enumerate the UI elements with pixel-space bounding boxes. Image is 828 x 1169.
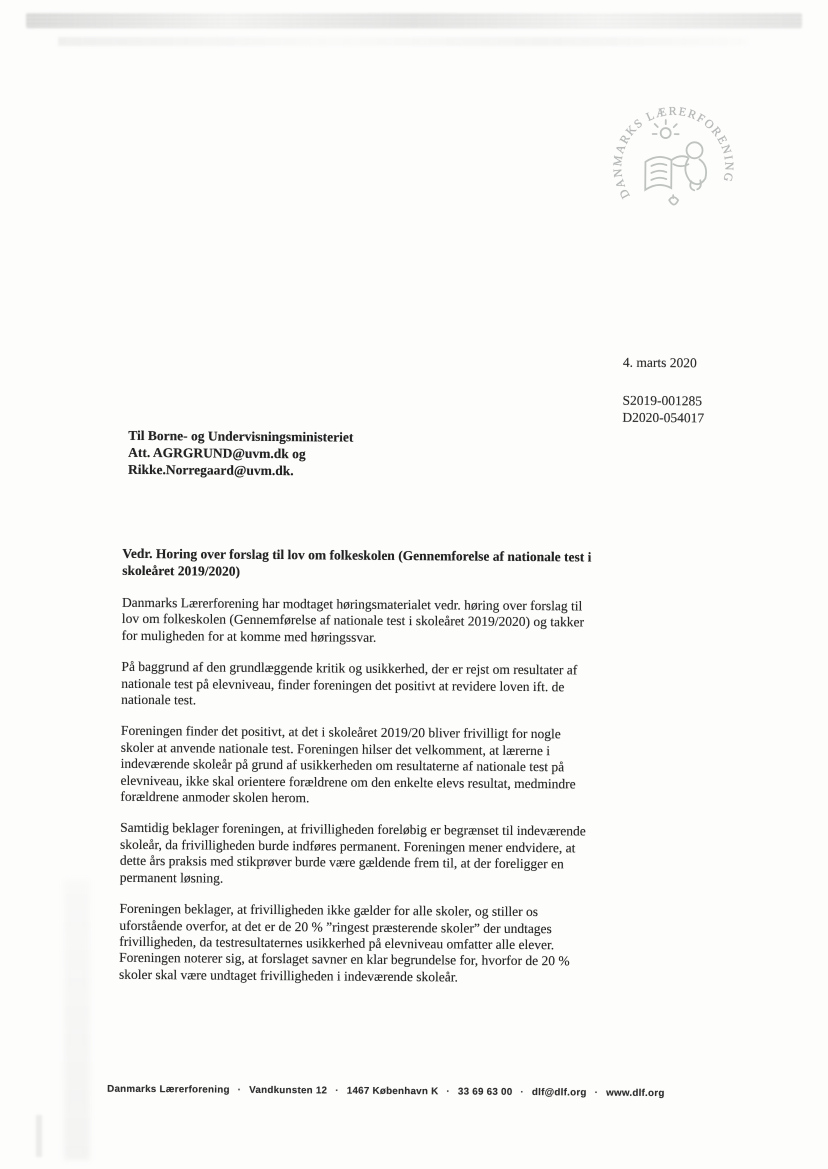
- footer-phone: 33 69 63 00: [458, 1086, 513, 1097]
- footer: Danmarks Lærerforening · Vandkunsten 12 …: [107, 1084, 665, 1099]
- recipient-att-email: Att. AGRGRUND@uvm.dk og: [128, 444, 353, 463]
- body-paragraph: Danmarks Lærerforening har modtaget høri…: [122, 595, 590, 648]
- footer-separator: ·: [335, 1086, 339, 1097]
- footer-separator: ·: [595, 1088, 599, 1099]
- footer-separator: ·: [238, 1085, 242, 1096]
- footer-email: dlf@dlf.org: [532, 1087, 587, 1098]
- footer-address: Vandkunsten 12: [249, 1085, 327, 1097]
- body-paragraph: På baggrund af den grundlæggende kritik …: [121, 659, 589, 712]
- reference-number-d: D2020-054017: [622, 409, 704, 427]
- letter-content: DANMARKS LÆRERFORENING: [0, 0, 828, 1169]
- footer-org: Danmarks Lærerforening: [107, 1084, 230, 1096]
- footer-website: www.dlf.org: [606, 1088, 665, 1099]
- recipient-ministry: Til Borne- og Undervisningsministeriet: [128, 427, 353, 446]
- footer-separator: ·: [446, 1086, 450, 1097]
- body-paragraph: Foreningen finder det positivt, at det i…: [120, 723, 589, 809]
- date-block: 4. marts 2020 S2019-001285 D2020-054017: [622, 354, 704, 427]
- body-paragraph: Samtidig beklager foreningen, at frivill…: [120, 820, 589, 889]
- footer-separator: ·: [520, 1087, 524, 1098]
- scanned-letter-page: DANMARKS LÆRERFORENING: [0, 0, 828, 1169]
- reference-numbers: S2019-001285 D2020-054017: [622, 392, 704, 427]
- subject-line: Vedr. Horing over forslag til lov om fol…: [122, 546, 592, 583]
- recipient-block: Til Borne- og Undervisningsministeriet A…: [128, 427, 354, 480]
- seal-circle-text: DANMARKS LÆRERFORENING: [610, 103, 737, 202]
- svg-text:DANMARKS LÆRERFORENING: DANMARKS LÆRERFORENING: [610, 103, 737, 202]
- recipient-email: Rikke.Norregaard@uvm.dk.: [128, 461, 353, 480]
- dlf-seal-logo-icon: DANMARKS LÆRERFORENING: [607, 96, 740, 229]
- footer-postal-city: 1467 København K: [347, 1086, 439, 1098]
- seal-center-art: [645, 120, 706, 205]
- body-paragraph: Foreningen beklager, at frivilligheden i…: [119, 901, 588, 987]
- reference-number-s: S2019-001285: [623, 392, 705, 410]
- letter-body: Danmarks Lærerforening har modtaget høri…: [119, 595, 590, 1002]
- letter-date: 4. marts 2020: [623, 354, 705, 372]
